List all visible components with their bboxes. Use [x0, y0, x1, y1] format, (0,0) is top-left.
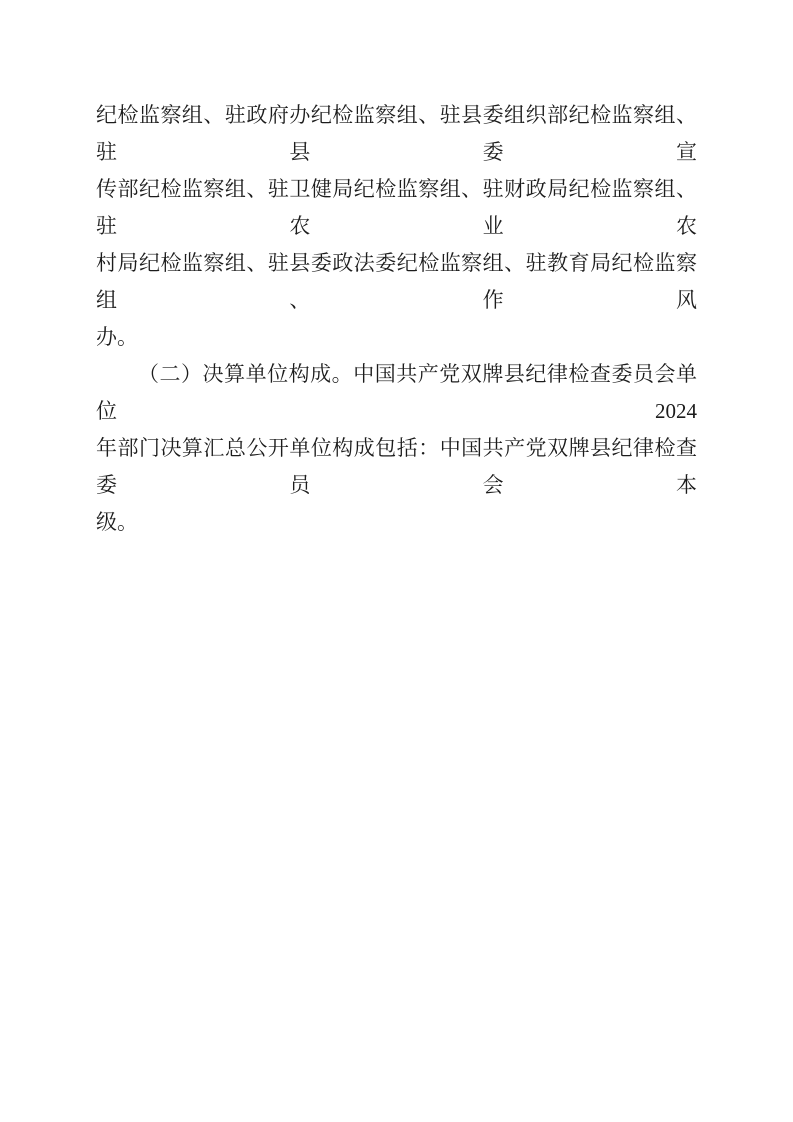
text-line: （二）决算单位构成。中国共产党双牌县纪律检查委员会单位 2024 — [96, 356, 697, 430]
text-line: 纪检监察组、驻政府办纪检监察组、驻县委组织部纪检监察组、驻县委宣 — [96, 97, 697, 171]
text-line: 办。 — [96, 319, 697, 356]
text-line: 年部门决算汇总公开单位构成包括：中国共产党双牌县纪律检查委员会本 — [96, 430, 697, 504]
text-line: 级。 — [96, 504, 697, 541]
text-line: 村局纪检监察组、驻县委政法委纪检监察组、驻教育局纪检监察组、作风 — [96, 245, 697, 319]
document-page: 纪检监察组、驻政府办纪检监察组、驻县委组织部纪检监察组、驻县委宣传部纪检监察组、… — [0, 0, 793, 1122]
text-line: 传部纪检监察组、驻卫健局纪检监察组、驻财政局纪检监察组、驻农业农 — [96, 171, 697, 245]
document-text-block: 纪检监察组、驻政府办纪检监察组、驻县委组织部纪检监察组、驻县委宣传部纪检监察组、… — [96, 97, 697, 541]
